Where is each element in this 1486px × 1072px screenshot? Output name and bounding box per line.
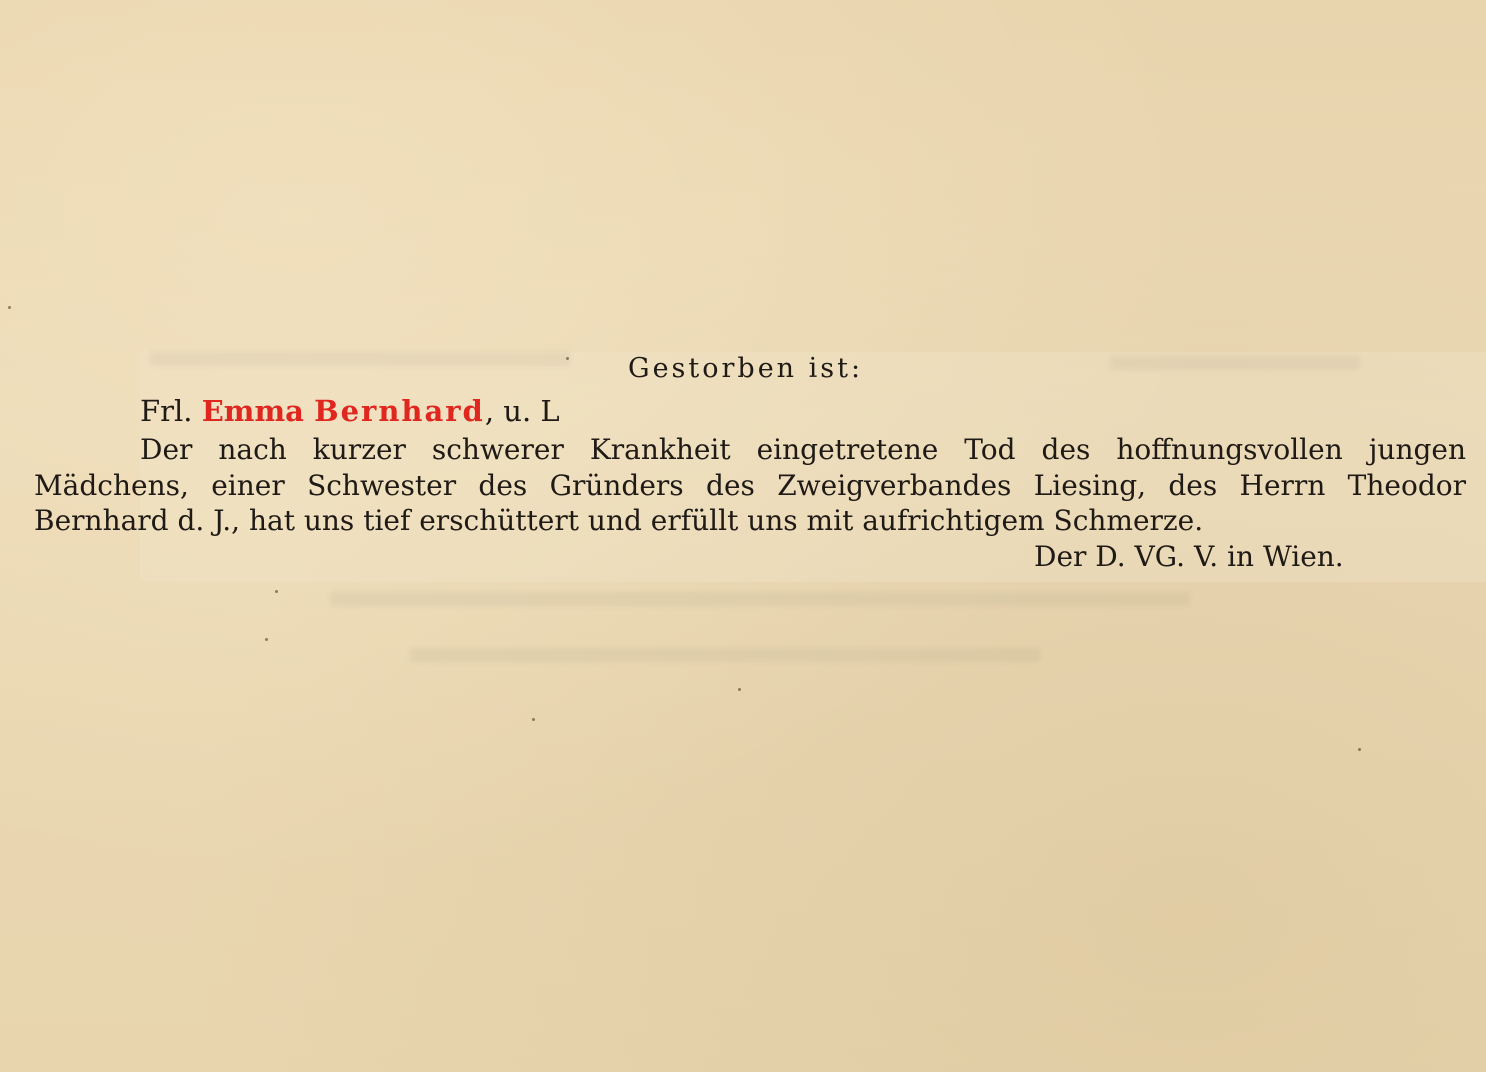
last-name: Bernhard bbox=[314, 394, 485, 428]
section-heading: Gestorben ist: bbox=[628, 353, 863, 384]
paper-speck bbox=[738, 688, 741, 691]
body-line: Der nach kurzer schwerer Krankheit einge… bbox=[140, 433, 1466, 466]
paper-speck bbox=[566, 357, 569, 360]
title-prefix: Frl. bbox=[140, 394, 192, 428]
paper-speck bbox=[1358, 748, 1361, 751]
entry-suffix: , u. L bbox=[485, 394, 560, 428]
body-line: Bernhard d. J., hat uns tief erschüttert… bbox=[34, 504, 1203, 537]
obituary-entry: Frl. Emma Bernhard, u. L bbox=[140, 394, 560, 428]
deceased-name: Emma Bernhard bbox=[202, 394, 485, 428]
bleed-through-line bbox=[150, 352, 570, 366]
paper-speck bbox=[265, 638, 268, 641]
first-name: Emma bbox=[202, 394, 304, 428]
body-line: Mädchens, einer Schwester des Gründers d… bbox=[34, 469, 1466, 502]
paper-speck bbox=[532, 718, 535, 721]
bleed-through-line bbox=[410, 648, 1040, 662]
paper-speck bbox=[8, 306, 11, 309]
paper-speck bbox=[275, 590, 278, 593]
bleed-through-line bbox=[330, 592, 1190, 606]
signature: Der D. VG. V. in Wien. bbox=[1034, 540, 1344, 573]
bleed-through-line bbox=[1110, 356, 1360, 370]
